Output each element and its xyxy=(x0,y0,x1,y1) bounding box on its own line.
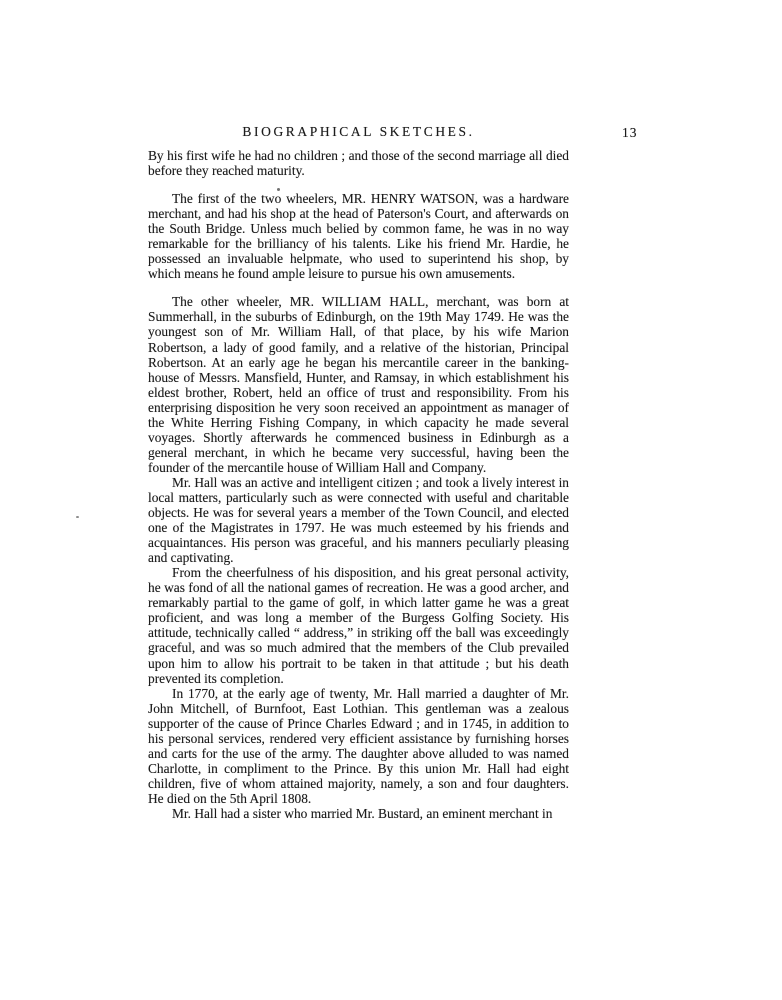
paragraph: Mr. Hall had a sister who married Mr. Bu… xyxy=(148,806,569,821)
scan-speck xyxy=(76,516,79,518)
book-page: BIOGRAPHICAL SKETCHES. 13 By his first w… xyxy=(0,0,782,1000)
page-number: 13 xyxy=(622,125,638,141)
paragraph: The other wheeler, MR. WILLIAM HALL, mer… xyxy=(148,294,569,475)
paragraph: In 1770, at the early age of twenty, Mr.… xyxy=(148,686,569,806)
paragraph: Mr. Hall was an active and intelligent c… xyxy=(148,475,569,565)
paragraph: The first of the two wheelers, MR. HENRY… xyxy=(148,191,569,281)
page-title: BIOGRAPHICAL SKETCHES. xyxy=(148,124,569,140)
scan-speck xyxy=(277,188,280,191)
paragraph: From the cheerfulness of his disposition… xyxy=(148,565,569,685)
paragraph: By his first wife he had no children ; a… xyxy=(148,148,569,178)
page-header: BIOGRAPHICAL SKETCHES. 13 xyxy=(148,124,569,142)
body-text: By his first wife he had no children ; a… xyxy=(148,148,569,821)
